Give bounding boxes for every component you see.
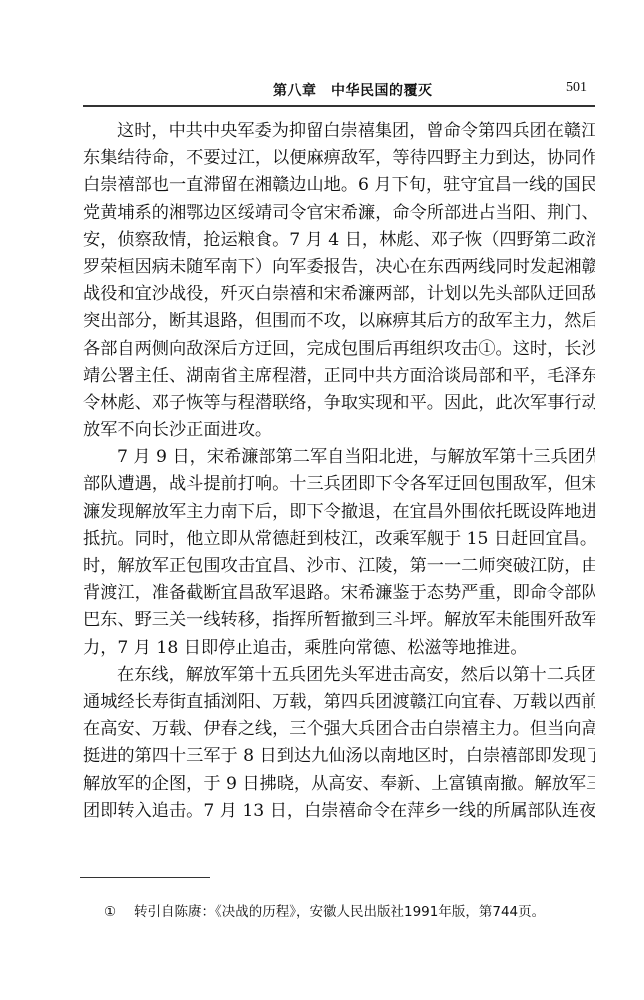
text-line: 濂发现解放军主力南下后，即下令撤退，在宜昌外围依托既设阵地进行 xyxy=(83,499,595,526)
page-number: 501 xyxy=(566,80,587,96)
text-line: 突出部分，断其退路，但围而不攻，以麻痹其后方的敌军主力，然后我军 xyxy=(83,308,595,335)
text-line: 通城经长寿街直插浏阳、万载，第四兵团渡赣江向宜春、万载以西前进， xyxy=(83,689,595,716)
text-line: 在东线，解放军第十五兵团先头军进击高安，然后以第十二兵团由 xyxy=(83,662,595,689)
text-line: 挺进的第四十三军于 8 日到达九仙汤以南地区时，白崇禧部即发现了 xyxy=(83,743,595,770)
text-line: 党黄埔系的湘鄂边区绥靖司令官宋希濂，命令所部进占当阳、荆门、远 xyxy=(83,200,595,227)
footnote-rule xyxy=(80,877,210,878)
running-header: 第八章 中华民国的覆灭 501 xyxy=(83,80,595,104)
text-line: 力，7 月 18 日即停止追击，乘胜向常德、松滋等地推进。 xyxy=(83,635,595,662)
body-text: 这时，中共中央军委为抑留白崇禧集团，曾命令第四兵团在赣江以 东集结待命，不要过江… xyxy=(83,118,595,825)
text-line: 背渡江，准备截断宜昌敌军退路。宋希濂鉴于态势严重，即命令部队向 xyxy=(83,580,595,607)
paragraph-3: 在东线，解放军第十五兵团先头军进击高安，然后以第十二兵团由 通城经长寿街直插浏阳… xyxy=(83,662,595,825)
text-line: 安，侦察敌情，抢运粮食。7 月 4 日，林彪、邓子恢（四野第二政治委员， xyxy=(83,227,595,254)
footnote-mark: ① xyxy=(104,904,134,920)
text-line: 白崇禧部也一直滞留在湘赣边山地。6 月下旬，驻守宜昌一线的国民 xyxy=(83,172,595,199)
paragraph-1: 这时，中共中央军委为抑留白崇禧集团，曾命令第四兵团在赣江以 东集结待命，不要过江… xyxy=(83,118,595,444)
text-line: 各部自两侧向敌深后方迂回，完成包围后再组织攻击①。这时，长沙绥 xyxy=(83,336,595,363)
header-rule xyxy=(83,105,595,107)
text-line: 在高安、万载、伊春之线，三个强大兵团合击白崇禧主力。但当向高安 xyxy=(83,716,595,743)
text-line: 令林彪、邓子恢等与程潜联络，争取实现和平。因此，此次军事行动，解 xyxy=(83,390,595,417)
paragraph-2: 7 月 9 日，宋希濂部第二军自当阳北进，与解放军第十三兵团先头 部队遭遇，战斗… xyxy=(83,444,595,662)
text-line: 解放军的企图，于 9 日拂晓，从高安、奉新、上富镇南撤。解放军三个兵 xyxy=(83,771,595,798)
text-line: 抵抗。同时，他立即从常德赶到枝江，改乘军舰于 15 日赶回宜昌。这 xyxy=(83,526,595,553)
text-line: 这时，中共中央军委为抑留白崇禧集团，曾命令第四兵团在赣江以 xyxy=(83,118,595,145)
footnote-text: 转引自陈赓：《决战的历程》，安徽人民出版社1991年版，第744页。 xyxy=(134,904,545,920)
chapter-title: 第八章 中华民国的覆灭 xyxy=(273,80,433,100)
text-line: 7 月 9 日，宋希濂部第二军自当阳北进，与解放军第十三兵团先头 xyxy=(83,444,595,471)
text-line: 放军不向长沙正面进攻。 xyxy=(83,417,595,444)
text-line: 部队遭遇，战斗提前打响。十三兵团即下令各军迂回包围敌军，但宋希 xyxy=(83,471,595,498)
footnote: ①转引自陈赓：《决战的历程》，安徽人民出版社1991年版，第744页。 xyxy=(104,900,545,920)
text-line: 靖公署主任、湖南省主席程潜，正同中共方面洽谈局部和平，毛泽东电 xyxy=(83,363,595,390)
text-line: 东集结待命，不要过江，以便麻痹敌军，等待四野主力到达，协同作战。 xyxy=(83,145,595,172)
text-line: 时，解放军正包围攻击宜昌、沙市、江陵，第一一二师突破江防，由古老 xyxy=(83,553,595,580)
text-line: 团即转入追击。7 月 13 日，白崇禧命令在萍乡一线的所属部队连夜后 xyxy=(83,798,595,825)
text-line: 罗荣桓因病未随军南下）向军委报告，决心在东西两线同时发起湘赣边 xyxy=(83,254,595,281)
text-line: 巴东、野三关一线转移，指挥所暂撤到三斗坪。解放军未能围歼敌军主 xyxy=(83,607,595,634)
text-line: 战役和宜沙战役，歼灭白崇禧和宋希濂两部，计划以先头部队迂回敌之 xyxy=(83,281,595,308)
